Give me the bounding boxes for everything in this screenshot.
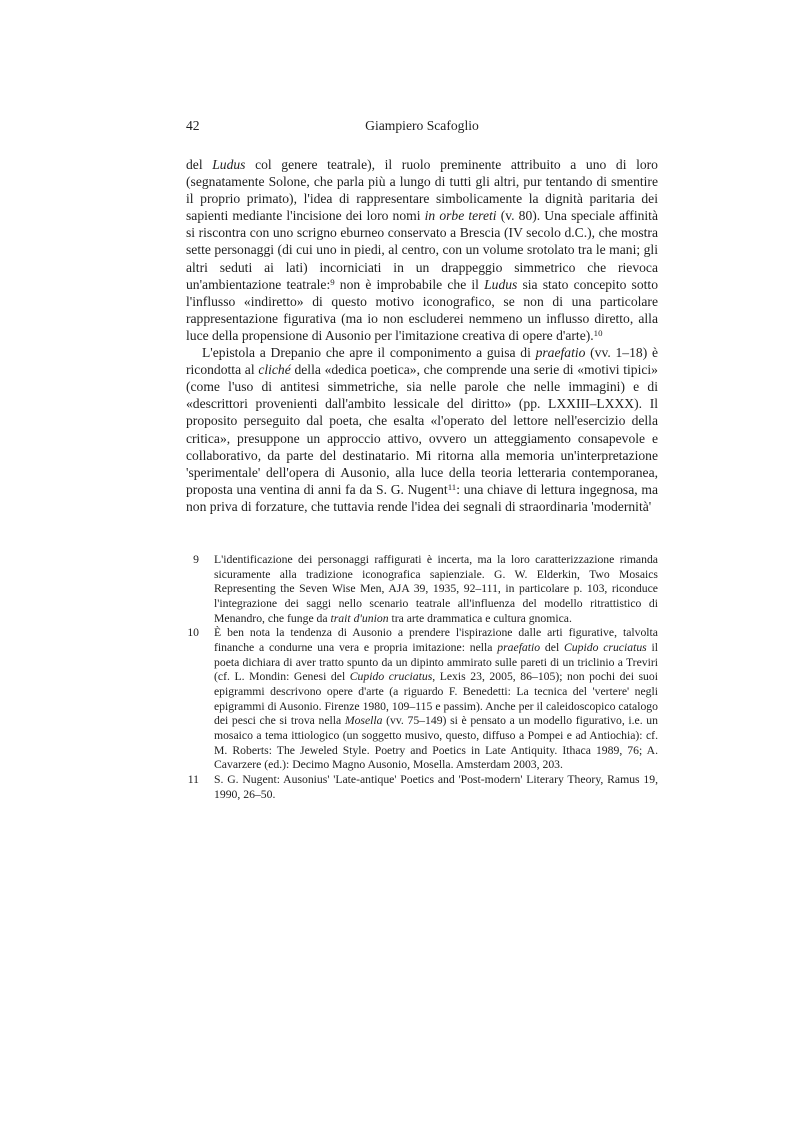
footnote-ref: 10 [594, 328, 603, 338]
footnote-text: È ben nota la tendenza di Ausonio a pren… [214, 626, 658, 773]
text-run: del [186, 157, 212, 172]
footnote-number: 10 [186, 626, 199, 641]
italic-text: praefatio [497, 641, 540, 654]
footnote-number: 11 [186, 773, 199, 788]
italic-text: in orbe tereti [425, 208, 497, 223]
text-run: S. G. Nugent: Ausonius' 'Late-antique' P… [214, 773, 658, 801]
footnote: 11S. G. Nugent: Ausonius' 'Late-antique'… [186, 773, 658, 802]
running-head: Giampiero Scafoglio [186, 117, 658, 134]
footnote-text: S. G. Nugent: Ausonius' 'Late-antique' P… [214, 773, 658, 802]
italic-text: Cupido cruciatus [564, 641, 647, 654]
footnote-ref: 11 [448, 482, 457, 492]
italic-text: trait d'union [331, 612, 389, 625]
paragraph: L'epistola a Drepanio che apre il compon… [186, 344, 658, 515]
italic-text: Cupido cruciatus [350, 670, 432, 683]
footnotes: 9L'identificazione dei personaggi raffig… [186, 553, 658, 802]
text-run: del [540, 641, 564, 654]
italic-text: praefatio [536, 345, 586, 360]
footnote-text: L'identificazione dei personaggi raffigu… [214, 553, 658, 626]
italic-text: Mosella [345, 714, 383, 727]
body-text: del Ludus col genere teatrale), il ruolo… [186, 156, 658, 515]
italic-text: cliché [258, 362, 290, 377]
footnote: 10È ben nota la tendenza di Ausonio a pr… [186, 626, 658, 773]
text-run: tra arte drammatica e cultura gnomica. [389, 612, 572, 625]
footnote-ref: 9 [330, 277, 334, 287]
page-number: 42 [186, 117, 200, 134]
text-run: L'epistola a Drepanio che apre il compon… [202, 345, 536, 360]
page: 42 Giampiero Scafoglio del Ludus col gen… [0, 0, 800, 1131]
italic-text: Ludus [212, 157, 245, 172]
footnote-number: 9 [186, 553, 199, 568]
italic-text: Ludus [484, 277, 517, 292]
text-run: non è improbabile che il [335, 277, 484, 292]
page-header: 42 Giampiero Scafoglio [186, 117, 658, 134]
footnote: 9L'identificazione dei personaggi raffig… [186, 553, 658, 626]
paragraph: del Ludus col genere teatrale), il ruolo… [186, 156, 658, 344]
text-run: della «dedica poetica», che comprende un… [186, 362, 658, 497]
